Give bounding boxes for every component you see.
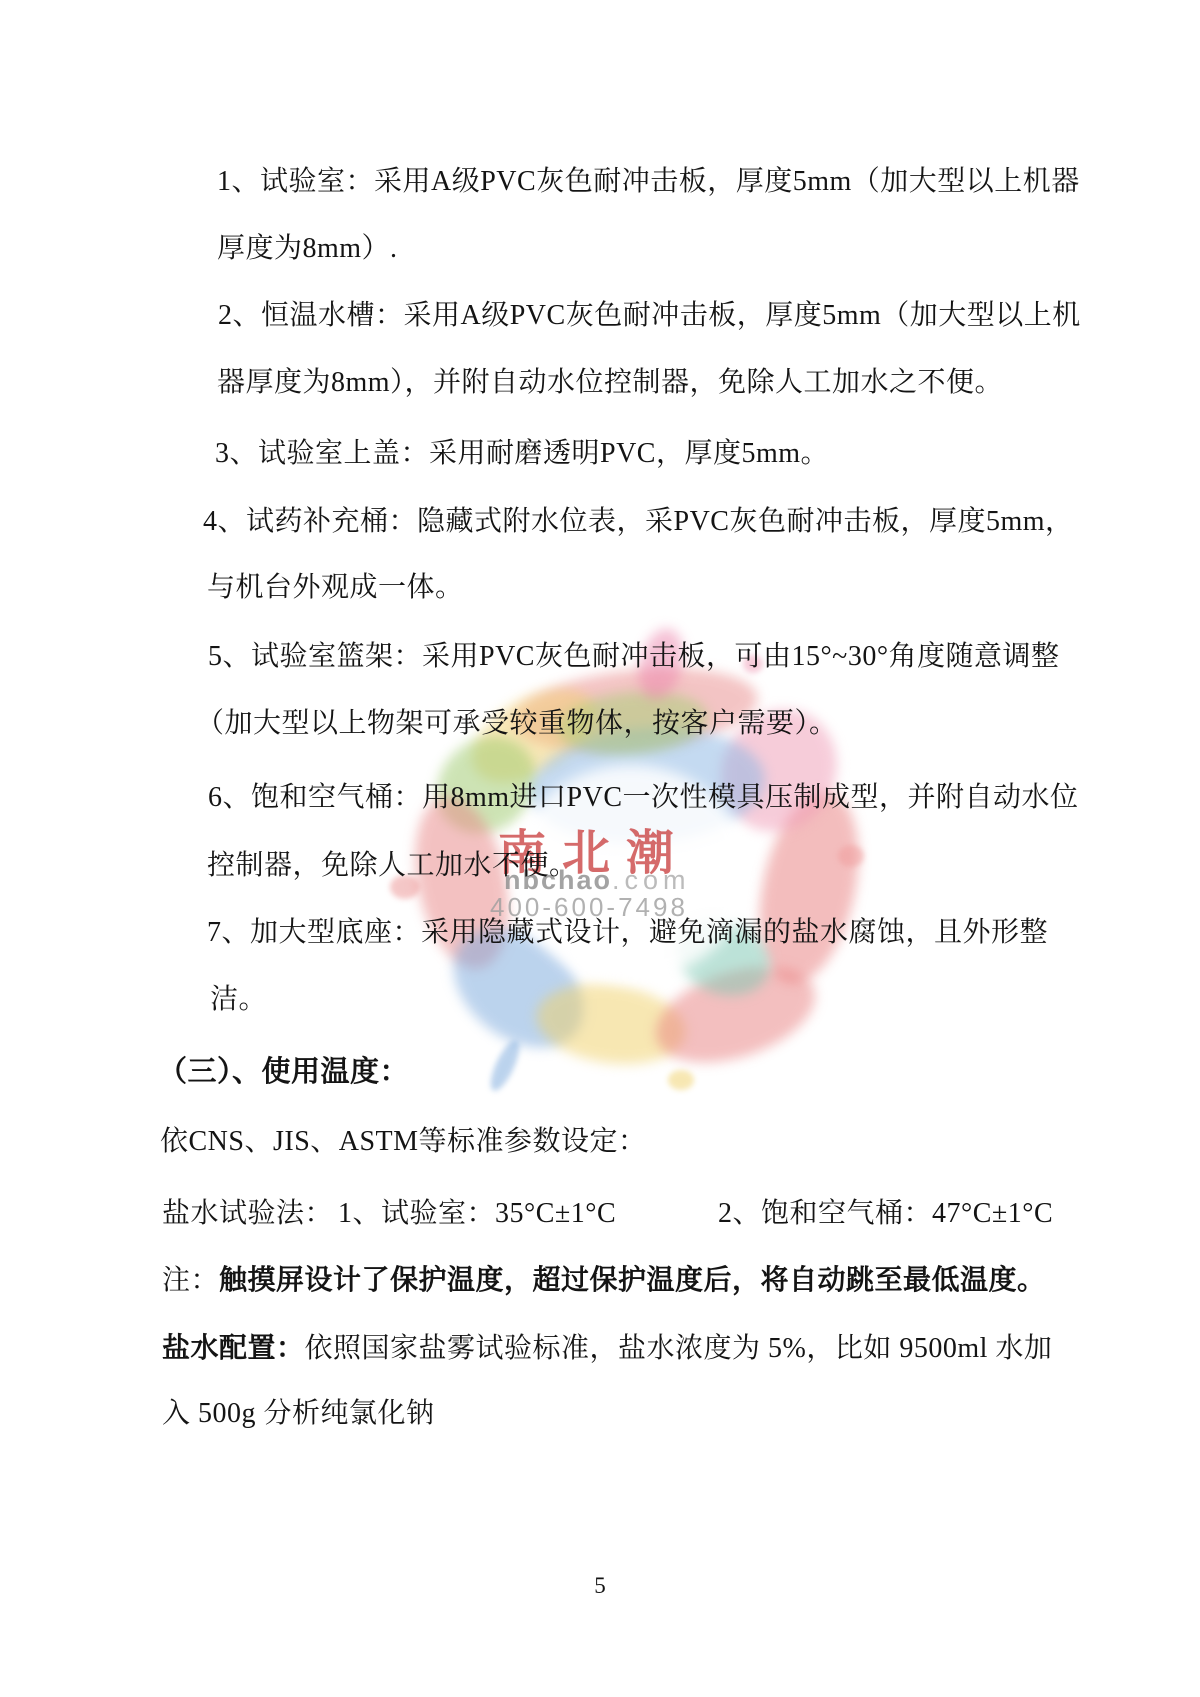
doc-line-2: 厚度为8mm）. xyxy=(217,232,398,266)
test-room-temp: 1、试验室：35°C±1°C xyxy=(338,1197,616,1231)
salt-test-label: 盐水试验法： xyxy=(162,1197,333,1231)
doc-line-13: 洁。 xyxy=(210,983,267,1017)
saline-config-text: 依照国家盐雾试验标准，盐水浓度为 5%，比如 9500ml 水加 xyxy=(305,1333,1053,1364)
doc-line-4: 器厚度为8mm），并附自动水位控制器，免除人工加水之不便。 xyxy=(217,366,1003,400)
page-number: 5 xyxy=(0,1573,1200,1599)
doc-line-8: 5、试验室篮架：采用PVC灰色耐冲击板，可由15°~30°角度随意调整 xyxy=(208,640,1060,674)
doc-line-5: 3、试验室上盖：采用耐磨透明PVC，厚度5mm。 xyxy=(215,437,829,471)
doc-line-10: 6、饱和空气桶：用8mm进口PVC一次性模具压制成型，并附自动水位 xyxy=(208,781,1079,815)
doc-line-15: 依CNS、JIS、ASTM等标准参数设定： xyxy=(160,1125,647,1159)
doc-line-17: 注：触摸屏设计了保护温度，超过保护温度后，将自动跳至最低温度。 xyxy=(162,1264,1046,1298)
note-label: 注： xyxy=(162,1265,219,1296)
section-heading: （三）、使用温度： xyxy=(158,1055,409,1089)
doc-line-12: 7、加大型底座：采用隐藏式设计，避免滴漏的盐水腐蚀，且外形整 xyxy=(207,916,1048,950)
note-text: 触摸屏设计了保护温度，超过保护温度后，将自动跳至最低温度。 xyxy=(219,1265,1046,1296)
doc-line-7: 与机台外观成一体。 xyxy=(207,571,464,605)
saline-config-label: 盐水配置： xyxy=(162,1333,305,1364)
document-page: 南北潮 nbchao.com 400-600-7498 1、试验室：采用A级PV… xyxy=(0,0,1200,1697)
doc-line-6: 4、试药补充桶：隐藏式附水位表，采PVC灰色耐冲击板，厚度5mm， xyxy=(203,505,1074,539)
doc-line-18: 盐水配置：依照国家盐雾试验标准，盐水浓度为 5%，比如 9500ml 水加 xyxy=(162,1332,1052,1366)
saturated-tank-temp: 2、饱和空气桶：47°C±1°C xyxy=(718,1197,1053,1231)
doc-line-11: 控制器，免除人工加水不便。 xyxy=(207,849,578,883)
document-body: 1、试验室：采用A级PVC灰色耐冲击板，厚度5mm（加大型以上机器 厚度为8mm… xyxy=(0,0,1200,1697)
doc-line-3: 2、恒温水槽：采用A级PVC灰色耐冲击板，厚度5mm（加大型以上机 xyxy=(218,299,1081,333)
doc-line-9: （加大型以上物架可承受较重物体，按客户需要）。 xyxy=(196,707,838,741)
doc-line-19: 入 500g 分析纯氯化钠 xyxy=(162,1397,435,1431)
doc-line-1: 1、试验室：采用A级PVC灰色耐冲击板，厚度5mm（加大型以上机器 xyxy=(217,165,1080,199)
